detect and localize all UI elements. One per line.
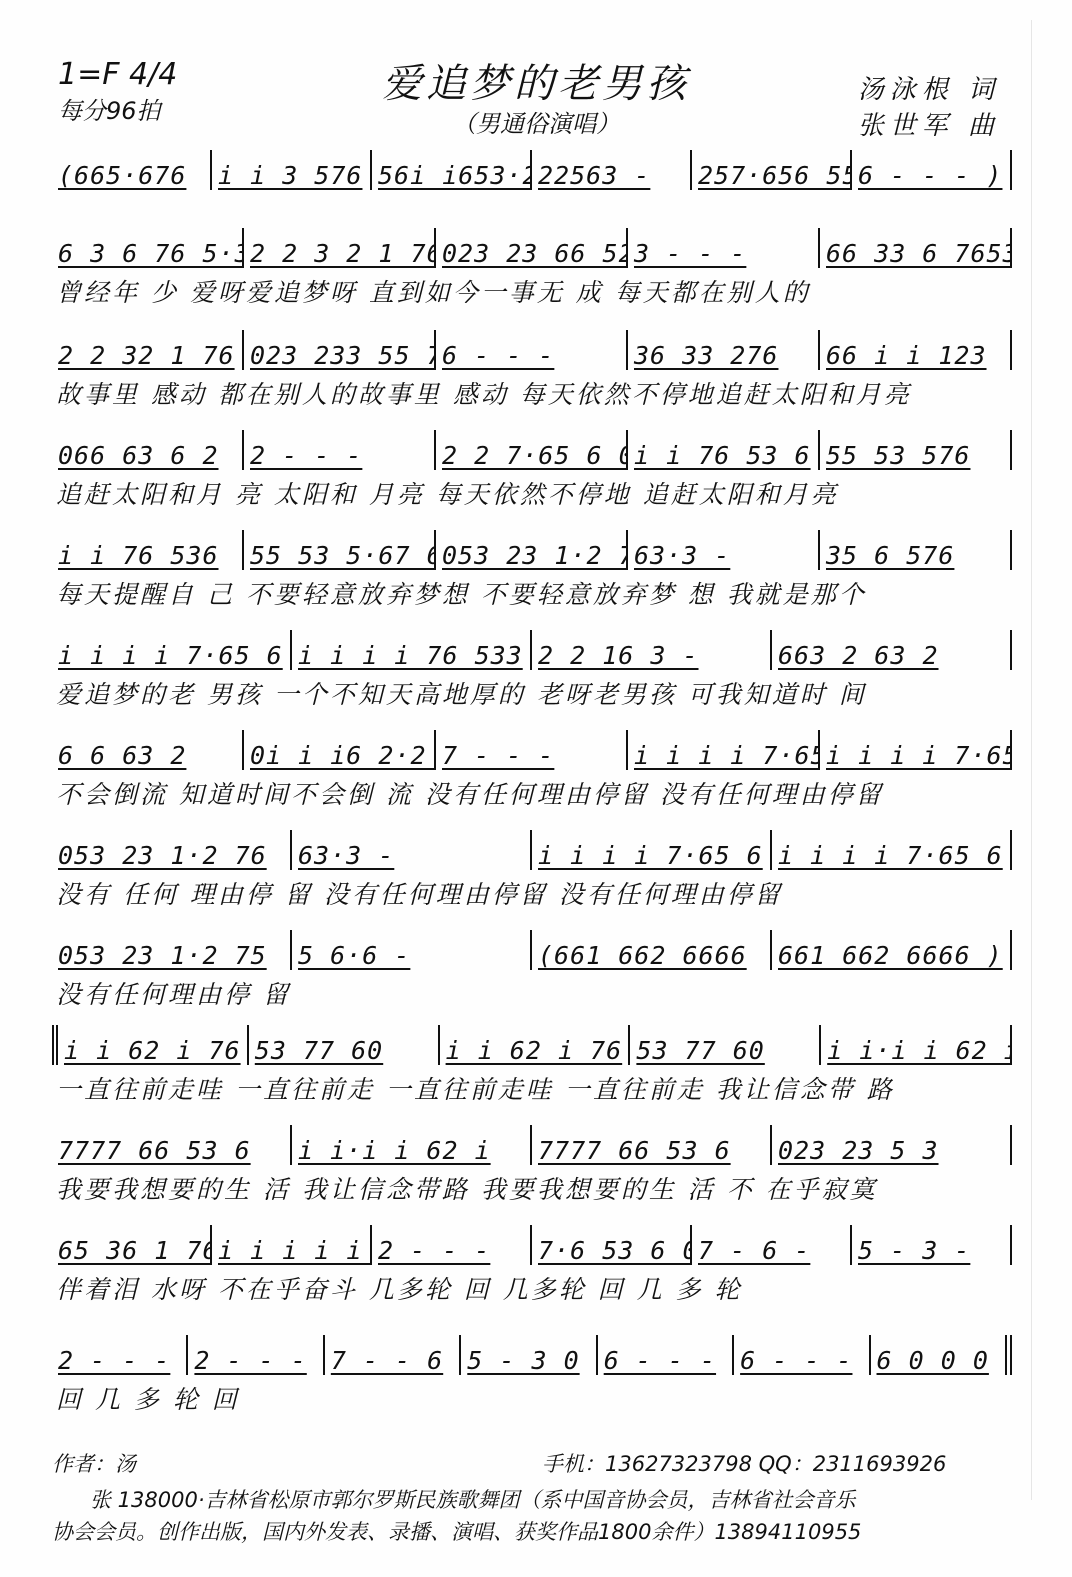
measure-notes: 36 33 276: [634, 341, 778, 370]
score-system: 053 23 1·2 7663·3 -i i i i 7·65 6i i i i…: [52, 830, 1012, 916]
measure: 66 i i 123: [818, 330, 1012, 370]
measure: 7 - - 6: [323, 1335, 459, 1375]
measure-notes: 6 - - -: [604, 1346, 716, 1375]
measure-notes: 53 77 60: [255, 1036, 383, 1065]
measure: 7 - 6 -: [690, 1225, 850, 1265]
measure-notes: 053 23 1·2 75: [58, 941, 267, 970]
measure: 53 77 60: [247, 1025, 438, 1065]
measure-notes: 0i i i6 2·2 i: [250, 741, 434, 770]
measure: 257·656 55: [690, 150, 850, 190]
lyrics-line: 一直往前走哇 一直往前走 一直往前走哇 一直往前走 我让信念带 路: [52, 1065, 1012, 1111]
measure: 7 - - -: [434, 730, 626, 770]
measure-notes: 5 - 3 0: [467, 1346, 579, 1375]
score-system: 066 63 6 22 - - -2 2 7·65 6 0i i 76 53 6…: [52, 430, 1012, 516]
measure: i i 3 576: [210, 150, 370, 190]
measure-notes: 257·656 55: [698, 161, 850, 190]
notation-line: 2 - - -2 - - -7 - - 65 - 3 06 - - -6 - -…: [52, 1335, 1012, 1375]
notation-line: 066 63 6 22 - - -2 2 7·65 6 0i i 76 53 6…: [52, 430, 1012, 470]
measure: 65 36 1 76: [52, 1225, 210, 1265]
measure-notes: 6 - - -: [740, 1346, 852, 1375]
score-system: 2 2 32 1 76023 233 55 7·656 - - -36 33 2…: [52, 330, 1012, 416]
measure-notes: i i i i 76 533: [298, 641, 523, 670]
measure: 0i i i6 2·2 i: [242, 730, 434, 770]
score-system: i i i i 7·65 6i i i i 76 5332 2 16 3 -66…: [52, 630, 1012, 716]
lyrics-line: 我要我想要的生 活 我让信念带路 我要我想要的生 活 不 在乎寂寞: [52, 1165, 1012, 1211]
measure: 023 233 55 7·65: [242, 330, 434, 370]
measure-notes: 63·3 -: [298, 841, 394, 870]
contact-info: 手机：13627323798 QQ：2311693926: [542, 1448, 946, 1478]
notation-line: 7777 66 53 6i i·i i 62 i7777 66 53 6023 …: [52, 1125, 1012, 1165]
measure: 6 - - -: [596, 1335, 732, 1375]
measure: 053 23 1·2 76: [434, 530, 626, 570]
measure: 2 - - -: [52, 1335, 186, 1375]
measure-notes: 7777 66 53 6: [538, 1136, 731, 1165]
measure: 6 - - -: [732, 1335, 868, 1375]
measure-notes: 6 3 6 76 5·3: [58, 239, 242, 268]
measure-notes: i i 76 536: [58, 541, 219, 570]
score-system: 053 23 1·2 755 6·6 -(661 662 6666661 662…: [52, 930, 1012, 1016]
measure: 2 - - -: [242, 430, 434, 470]
measure: i i 62 i 76: [52, 1025, 247, 1065]
lyrics-line: 回 几 多 轮 回: [52, 1375, 1012, 1421]
measure-notes: i i 3 576: [218, 161, 362, 190]
measure-notes: 22563 -: [538, 161, 650, 190]
measure: 66 33 6 7653: [818, 228, 1012, 268]
measure-notes: 7 - - -: [442, 741, 554, 770]
measure: 053 23 1·2 76: [52, 830, 290, 870]
measure-notes: 2 2 7·65 6 0: [442, 441, 626, 470]
measure-notes: 661 662 6666 ): [778, 941, 1003, 970]
measure: i i 76 536: [52, 530, 242, 570]
measure: 2 - - -: [370, 1225, 530, 1265]
measure-notes: 6 - - -: [442, 341, 554, 370]
score-system: (665·676i i 3 57656i i653·21622563 -257·…: [52, 150, 1012, 236]
score-system: 6 3 6 76 5·32 2 3 2 1 76023 23 66 523 - …: [52, 228, 1012, 314]
measure: 35 6 576: [818, 530, 1012, 570]
measure: 2 2 7·65 6 0: [434, 430, 626, 470]
measure: 6 - - -: [434, 330, 626, 370]
measure-notes: 55 53 5·67 6: [250, 541, 434, 570]
measure: 56i i653·216: [370, 150, 530, 190]
measure: i i 76 53 6: [626, 430, 818, 470]
measure-notes: 053 23 1·2 76: [58, 841, 267, 870]
notation-line: i i 62 i 7653 77 60i i 62 i 7653 77 60i …: [52, 1025, 1012, 1065]
measure-notes: i i 62 i 76: [64, 1036, 241, 1065]
notation-line: 2 2 32 1 76023 233 55 7·656 - - -36 33 2…: [52, 330, 1012, 370]
notation-line: i i 76 53655 53 5·67 6053 23 1·2 7663·3 …: [52, 530, 1012, 570]
measure-notes: 2 - - -: [194, 1346, 306, 1375]
score-system: 65 36 1 76i i i i i i 62 - - -7·6 53 6 0…: [52, 1225, 1012, 1311]
measure: 7777 66 53 6: [52, 1125, 290, 1165]
measure: i i 62 i 76: [438, 1025, 629, 1065]
lyrics-line: 追赶太阳和月 亮 太阳和 月亮 每天依然不停地 追赶太阳和月亮: [52, 470, 1012, 516]
measure: 2 - - -: [186, 1335, 322, 1375]
measure-notes: 2 2 16 3 -: [538, 641, 699, 670]
measure: 2 2 16 3 -: [530, 630, 770, 670]
measure: 36 33 276: [626, 330, 818, 370]
measure: 023 23 66 52: [434, 228, 626, 268]
measure-notes: 6 - - - ): [858, 161, 1002, 190]
lyrics-line: 不会倒流 知道时间不会倒 流 没有任何理由停留 没有任何理由停留: [52, 770, 1012, 816]
measure: 55 53 576: [818, 430, 1012, 470]
measure-notes: 53 77 60: [636, 1036, 764, 1065]
measure: (665·676: [52, 150, 210, 190]
measure: i i i i 76 533: [290, 630, 530, 670]
measure-notes: 023 233 55 7·65: [250, 341, 434, 370]
measure: 6 3 6 76 5·3: [52, 228, 242, 268]
notation-line: 053 23 1·2 7663·3 -i i i i 7·65 6i i i i…: [52, 830, 1012, 870]
lyrics-line: 没有 任何 理由停 留 没有任何理由停留 没有任何理由停留: [52, 870, 1012, 916]
credits: 汤泳根 词 张世军 曲: [858, 72, 1000, 144]
notation-line: 65 36 1 76i i i i i i 62 - - -7·6 53 6 0…: [52, 1225, 1012, 1265]
notation-line: 6 3 6 76 5·32 2 3 2 1 76023 23 66 523 - …: [52, 228, 1012, 268]
measure: 53 77 60: [628, 1025, 819, 1065]
footer-bio: 协会会员。创作出版，国内外发表、录播、演唱、获奖作品1800余件）1389411…: [52, 1516, 1012, 1546]
measure: 661 662 6666 ): [770, 930, 1012, 970]
measure: 023 23 5 3: [770, 1125, 1012, 1165]
measure-notes: 63·3 -: [634, 541, 730, 570]
score-system: i i 76 53655 53 5·67 6053 23 1·2 7663·3 …: [52, 530, 1012, 616]
measure-notes: i i 62 i 76: [446, 1036, 623, 1065]
measure-notes: i i·i i 62 i: [298, 1136, 491, 1165]
measure-notes: 66 i i 123: [826, 341, 987, 370]
measure: 7777 66 53 6: [530, 1125, 770, 1165]
measure-notes: i i i i i i 6: [218, 1236, 370, 1265]
measure-notes: 663 2 63 2: [778, 641, 939, 670]
measure: 5 6·6 -: [290, 930, 530, 970]
measure-notes: 023 23 66 52: [442, 239, 626, 268]
measure-notes: 7·6 53 6 0 :: [538, 1236, 690, 1265]
measure: 63·3 -: [626, 530, 818, 570]
measure-notes: 35 6 576: [826, 541, 954, 570]
lyrics-line: 每天提醒自 己 不要轻意放弃梦想 不要轻意放弃梦 想 我就是那个: [52, 570, 1012, 616]
measure: 5 - 3 -: [850, 1225, 1012, 1265]
measure: i i i i 7·65 6: [530, 830, 770, 870]
measure-notes: 053 23 1·2 76: [442, 541, 626, 570]
measure: i i i i 7·65 6: [52, 630, 290, 670]
notation-line: (665·676i i 3 57656i i653·21622563 -257·…: [52, 150, 1012, 190]
lyrics-line: 故事里 感动 都在别人的故事里 感动 每天依然不停地追赶太阳和月亮: [52, 370, 1012, 416]
lyrics-line: 没有任何理由停 留: [52, 970, 1012, 1016]
measure: 6 - - - ): [850, 150, 1012, 190]
measure: 3 - - -: [626, 228, 818, 268]
measure: 63·3 -: [290, 830, 530, 870]
measure: 663 2 63 2: [770, 630, 1012, 670]
score-system: 7777 66 53 6i i·i i 62 i7777 66 53 6023 …: [52, 1125, 1012, 1211]
measure-notes: i i i i 7·65 6: [58, 641, 283, 670]
measure-notes: 7777 66 53 6: [58, 1136, 251, 1165]
measure-notes: 2 - - -: [58, 1346, 170, 1375]
measure-notes: (661 662 6666: [538, 941, 747, 970]
measure: i i i i 7·65 6: [626, 730, 818, 770]
lyrics-line: 曾经年 少 爱呀爱追梦呀 直到如今一事无 成 每天都在别人的: [52, 268, 1012, 314]
measure-notes: 65 36 1 76: [58, 1236, 210, 1265]
measure-notes: i i i i 7·65 6: [778, 841, 1003, 870]
measure-notes: i i i i 7·65 6: [826, 741, 1012, 770]
measure: 053 23 1·2 75: [52, 930, 290, 970]
measure-notes: i i i i 7·65 6: [538, 841, 763, 870]
measure: 066 63 6 2: [52, 430, 242, 470]
measure-notes: 6 0 0 0: [877, 1346, 989, 1375]
measure-notes: i i i i 7·65 6: [634, 741, 818, 770]
measure-notes: i i·i i 62 i: [827, 1036, 1012, 1065]
measure-notes: 023 23 5 3: [778, 1136, 939, 1165]
measure-notes: 5 - 3 -: [858, 1236, 970, 1265]
score-system: 6 6 63 20i i i6 2·2 i7 - - -i i i i 7·65…: [52, 730, 1012, 816]
measure: 55 53 5·67 6: [242, 530, 434, 570]
measure-notes: 6 6 63 2: [58, 741, 186, 770]
measure: (661 662 6666: [530, 930, 770, 970]
measure: 5 - 3 0: [459, 1335, 595, 1375]
measure: 6 6 63 2: [52, 730, 242, 770]
measure: i i i i i i 6: [210, 1225, 370, 1265]
measure: 7·6 53 6 0 :: [530, 1225, 690, 1265]
notation-line: 053 23 1·2 755 6·6 -(661 662 6666661 662…: [52, 930, 1012, 970]
measure-notes: 66 33 6 7653: [826, 239, 1012, 268]
score-system: i i 62 i 7653 77 60i i 62 i 7653 77 60i …: [52, 1025, 1012, 1111]
lyrics-line: 爱追梦的老 男孩 一个不知天高地厚的 老呀老男孩 可我知道时 间: [52, 670, 1012, 716]
measure-notes: 2 2 3 2 1 76: [250, 239, 434, 268]
score-system: 2 - - -2 - - -7 - - 65 - 3 06 - - -6 - -…: [52, 1335, 1012, 1421]
measure-notes: 5 6·6 -: [298, 941, 410, 970]
measure-notes: i i 76 53 6: [634, 441, 811, 470]
measure-notes: 56i i653·216: [378, 161, 530, 190]
measure-notes: 2 - - -: [378, 1236, 490, 1265]
measure: i i·i i 62 i: [290, 1125, 530, 1165]
notation-line: 6 6 63 20i i i6 2·2 i7 - - -i i i i 7·65…: [52, 730, 1012, 770]
lyrics-line: 伴着泪 水呀 不在乎奋斗 几多轮 回 几多轮 回 几 多 轮: [52, 1265, 1012, 1311]
measure: 6 0 0 0: [869, 1335, 1012, 1375]
measure-notes: 55 53 576: [826, 441, 970, 470]
lyricist: 汤泳根 词: [858, 72, 1000, 108]
author-label: 作者：汤: [52, 1452, 136, 1476]
composer: 张世军 曲: [858, 108, 1000, 144]
page-edge: [1031, 20, 1032, 1500]
measure: i i i i 7·65 6: [818, 730, 1012, 770]
measure-notes: 3 - - -: [634, 239, 746, 268]
footer-address: 张 138000·吉林省松原市郭尔罗斯民族歌舞团（系中国音协会员，吉林省社会音乐: [90, 1484, 1050, 1514]
measure: 22563 -: [530, 150, 690, 190]
measure-notes: 7 - 6 -: [698, 1236, 810, 1265]
score-page: 1=F 4/4 每分96拍 爱追梦的老男孩 （男通俗演唱） 汤泳根 词 张世军 …: [0, 0, 1072, 1577]
footer-author: 作者：汤 手机：13627323798 QQ：2311693926: [52, 1448, 1012, 1478]
measure: i i·i i 62 i: [819, 1025, 1012, 1065]
measure: i i i i 7·65 6: [770, 830, 1012, 870]
measure-notes: 2 - - -: [250, 441, 362, 470]
measure-notes: 066 63 6 2: [58, 441, 219, 470]
notation-line: i i i i 7·65 6i i i i 76 5332 2 16 3 -66…: [52, 630, 1012, 670]
measure-notes: 7 - - 6: [331, 1346, 443, 1375]
measure: 2 2 3 2 1 76: [242, 228, 434, 268]
measure-notes: (665·676: [58, 161, 186, 190]
measure: 2 2 32 1 76: [52, 330, 242, 370]
measure-notes: 2 2 32 1 76: [58, 341, 235, 370]
